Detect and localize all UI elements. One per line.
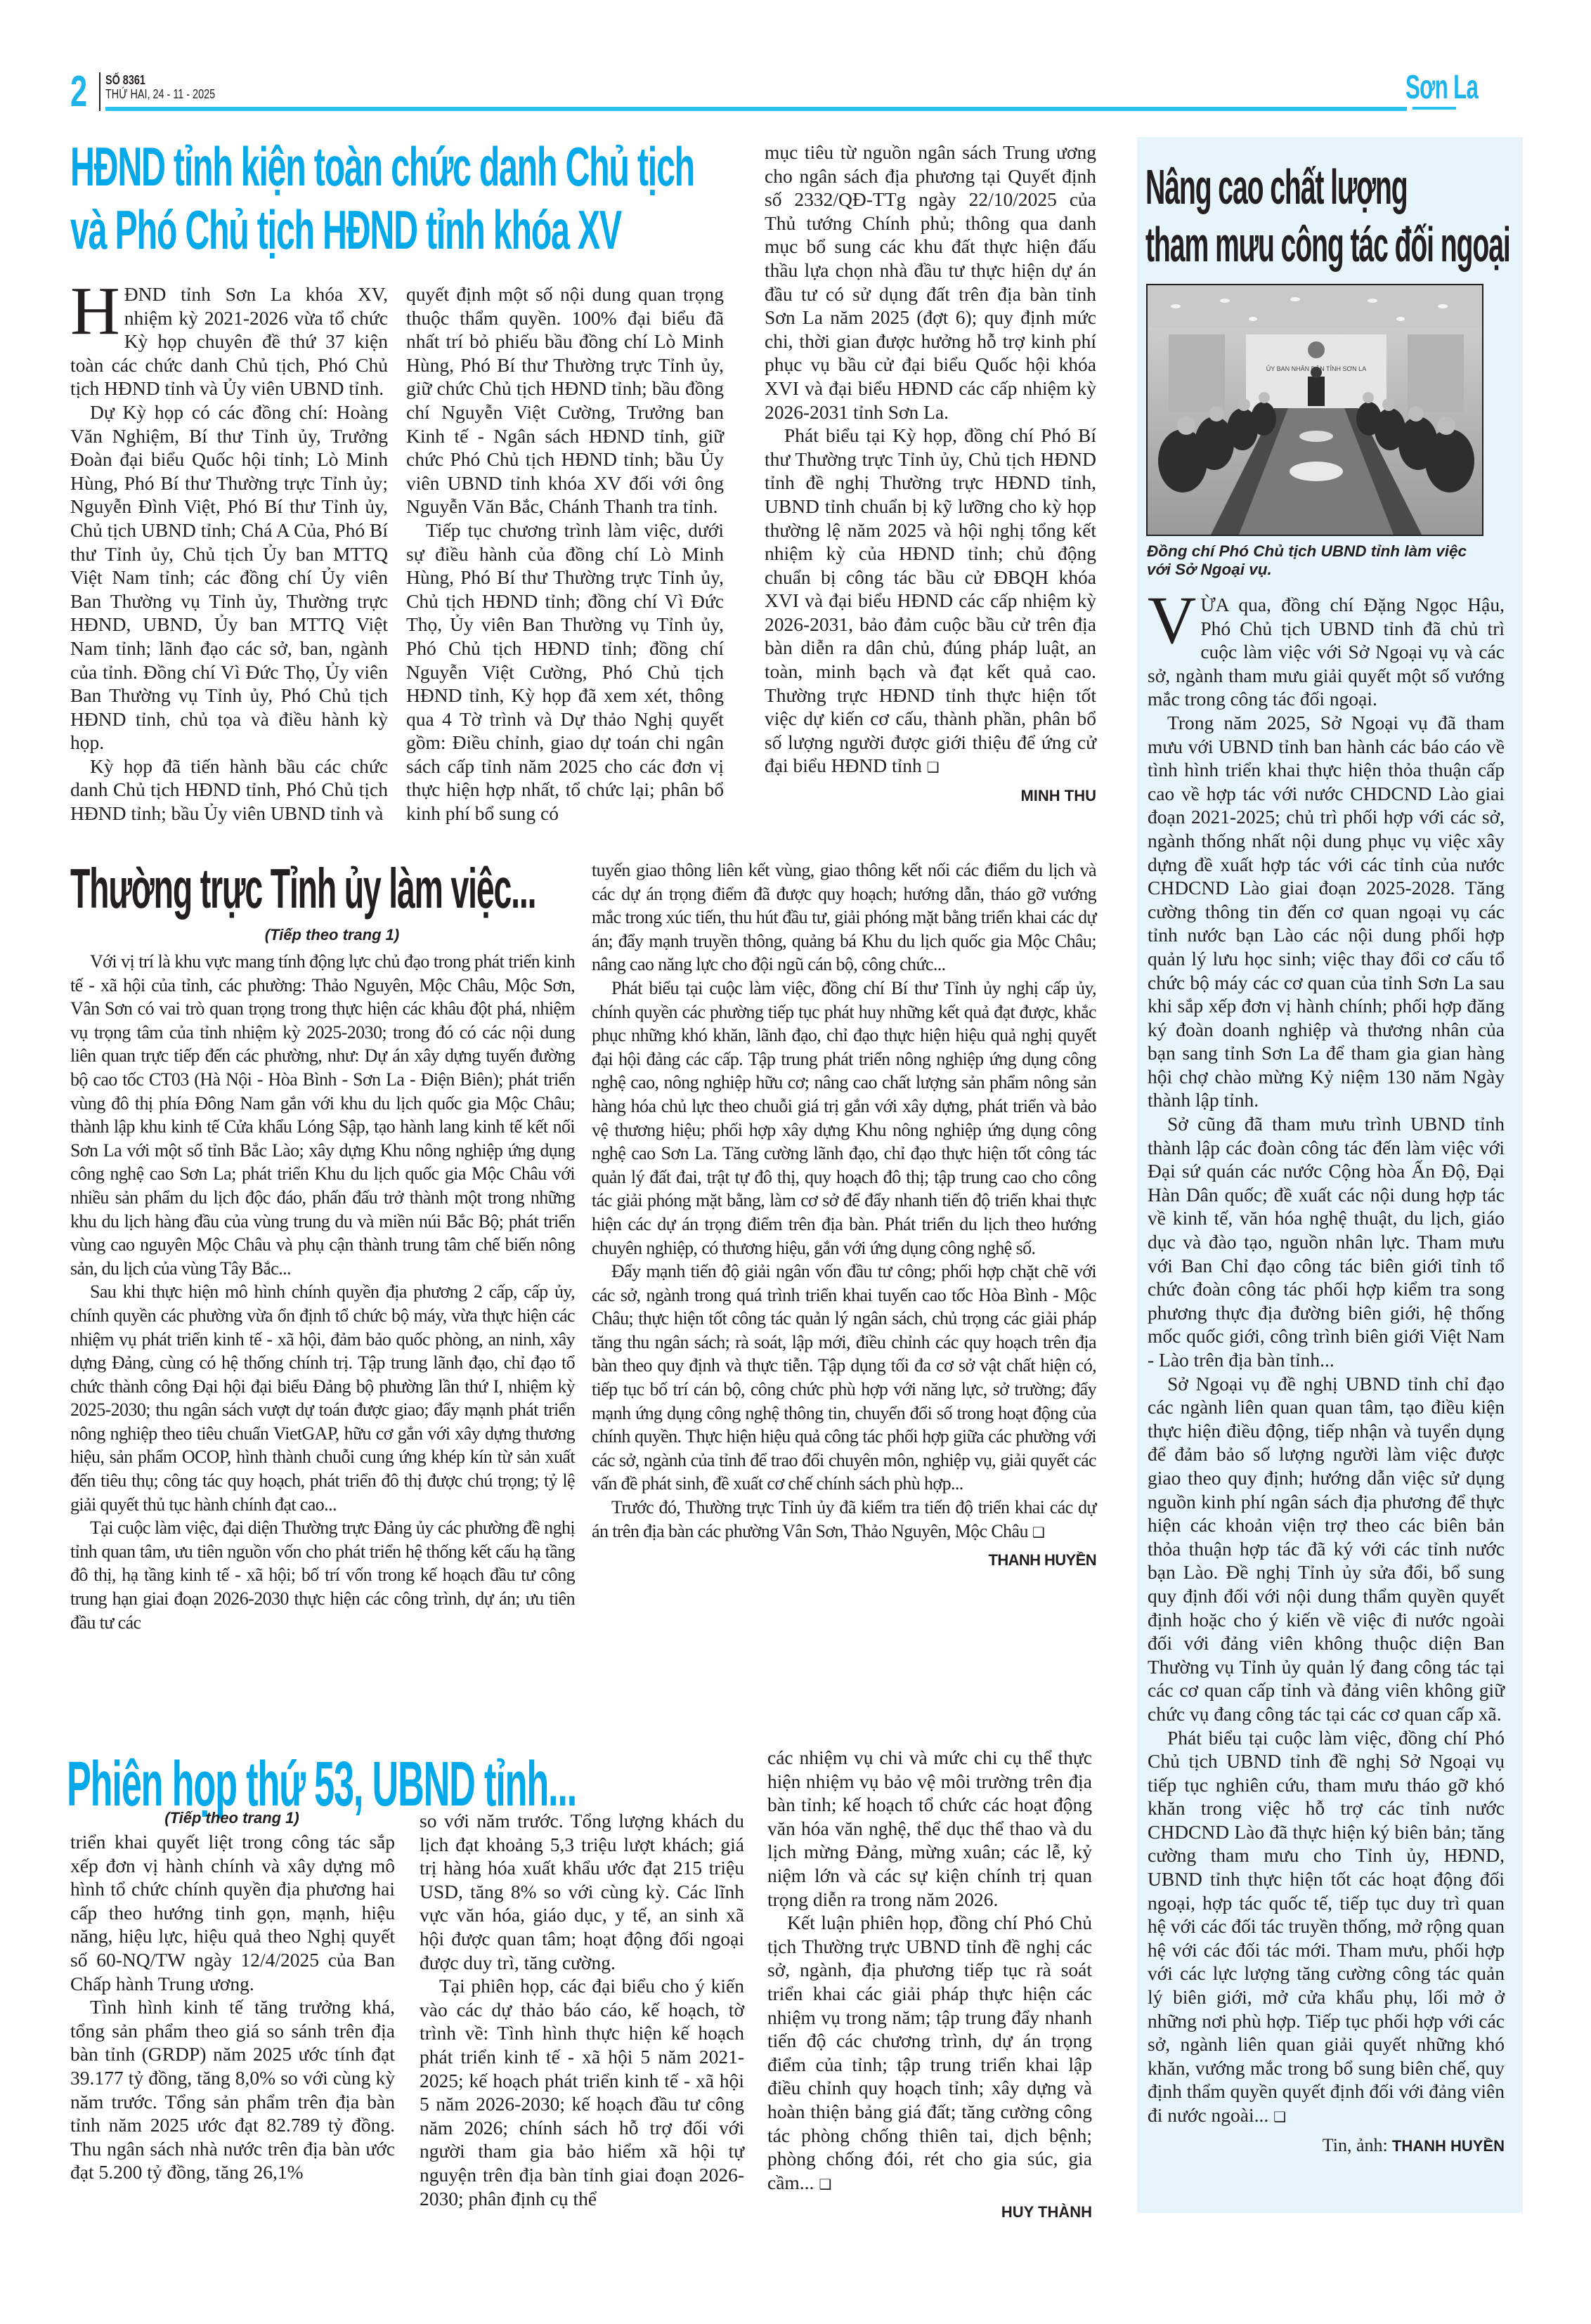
continued-label: (Tiếp theo trang 1) (70, 926, 594, 944)
article1-column-2: quyết định một số nội dung quan trọng th… (406, 282, 724, 825)
continued-label: (Tiếp theo trang 1) (70, 1809, 394, 1827)
paragraph: HĐND tỉnh Sơn La khóa XV, nhiệm kỳ 2021-… (70, 282, 388, 400)
photo-caption: Đồng chí Phó Chủ tịch UBND tỉnh làm việc… (1147, 542, 1481, 579)
headline-line: Nâng cao chất lượng (1145, 158, 1510, 216)
end-mark-icon: ❑ (1032, 1524, 1044, 1541)
paragraph: Dự Kỳ họp có các đồng chí: Hoàng Văn Ngh… (70, 400, 388, 755)
paragraph: Sau khi thực hiện mô hình chính quyền đị… (70, 1280, 575, 1516)
paragraph-text: Phát biểu tại cuộc làm việc, đồng chí Ph… (1148, 1727, 1505, 2127)
paragraph: Tại phiên họp, các đại biểu cho ý kiến v… (420, 1974, 744, 2210)
meeting-photo-image: ỦY BAN NHÂN DÂN TỈNH SƠN LA (1148, 285, 1482, 535)
end-mark-icon: ❑ (927, 759, 940, 776)
paragraph: các nhiệm vụ chi và mức chi cụ thể thực … (767, 1746, 1092, 1911)
article3-column-3: các nhiệm vụ chi và mức chi cụ thể thực … (767, 1746, 1092, 2224)
issue-date: THỨ HAI, 24 - 11 - 2025 (105, 87, 215, 101)
byline-prefix: Tin, ảnh: (1323, 2135, 1388, 2155)
article2-headline: Thường trực Tỉnh ủy làm việc... (70, 857, 535, 920)
section-rule (1413, 107, 1456, 110)
byline: Tin, ảnh: THANH HUYỀN (1148, 2134, 1505, 2158)
paragraph-text: Kết luận phiên họp, đồng chí Phó Chủ tịc… (767, 1912, 1092, 2193)
paragraph-text: Phát biểu tại Kỳ họp, đồng chí Phó Bí th… (765, 424, 1096, 776)
paragraph: Với vị trí là khu vực mang tính động lực… (70, 950, 575, 1280)
byline: HUY THÀNH (767, 2200, 1092, 2224)
issue-info: SỐ 8361 THỨ HAI, 24 - 11 - 2025 (105, 73, 215, 101)
issue-number: SỐ 8361 (105, 73, 215, 87)
article4-body: VỪA qua, đồng chí Đặng Ngọc Hậu, Phó Chủ… (1148, 593, 1505, 2157)
section-title: Sơn La (1405, 70, 1478, 105)
byline-author: THANH HUYỀN (1392, 2137, 1505, 2155)
article1-column-1: HĐND tỉnh Sơn La khóa XV, nhiệm kỳ 2021-… (70, 282, 388, 825)
byline: THANH HUYỀN (592, 1548, 1096, 1572)
article4-headline: Nâng cao chất lượng tham mưu công tác đố… (1145, 158, 1510, 273)
end-mark-icon: ❑ (1273, 2108, 1286, 2125)
paragraph: quyết định một số nội dung quan trọng th… (406, 282, 724, 518)
article2-column-2: tuyến giao thông liên kết vùng, giao thô… (592, 859, 1096, 1572)
paragraph: Tại cuộc làm việc, đại diện Thường trực … (70, 1516, 575, 1634)
headline-line: và Phó Chủ tịch HĐND tỉnh khóa XV (70, 198, 694, 261)
article1-headline: HĐND tỉnh kiện toàn chức danh Chủ tịch v… (70, 135, 694, 261)
paragraph: Phát biểu tại cuộc làm việc, đồng chí Bí… (592, 977, 1096, 1260)
article3-column-1: triển khai quyết liệt trong công tác sắp… (70, 1830, 395, 2184)
paragraph: Phát biểu tại Kỳ họp, đồng chí Phó Bí th… (765, 424, 1096, 780)
drop-cap: H (70, 285, 124, 337)
paragraph: so với năm trước. Tổng lượng khách du lị… (420, 1809, 744, 1974)
paragraph: Kỳ họp đã tiến hành bầu các chức danh Ch… (70, 755, 388, 825)
headline-line: HĐND tỉnh kiện toàn chức danh Chủ tịch (70, 135, 694, 198)
article1-column-3: mục tiêu từ nguồn ngân sách Trung ương c… (765, 141, 1096, 808)
paragraph: Phát biểu tại cuộc làm việc, đồng chí Ph… (1148, 1726, 1505, 2129)
paragraph: Trong năm 2025, Sở Ngoại vụ đã tham mưu … (1148, 711, 1505, 1112)
paragraph: Tình hình kinh tế tăng trưởng khá, tổng … (70, 1995, 395, 2184)
article3-column-2: so với năm trước. Tổng lượng khách du lị… (420, 1809, 744, 2210)
paragraph: triển khai quyết liệt trong công tác sắp… (70, 1830, 395, 1995)
paragraph: tuyến giao thông liên kết vùng, giao thô… (592, 859, 1096, 977)
page-number: 2 (70, 70, 87, 114)
byline: MINH THU (765, 784, 1096, 808)
header-rule (105, 107, 1407, 111)
paragraph: Sở cũng đã tham mưu trình UBND tỉnh thàn… (1148, 1112, 1505, 1372)
paragraph-text: Trước đó, Thường trực Tỉnh ủy đã kiểm tr… (592, 1497, 1096, 1541)
paragraph-text: ỪA qua, đồng chí Đặng Ngọc Hậu, Phó Chủ … (1148, 594, 1505, 710)
headline-line: tham mưu công tác đối ngoại (1145, 216, 1510, 273)
paragraph: Tiếp tục chương trình làm việc, dưới sự … (406, 518, 724, 825)
end-mark-icon: ❑ (819, 2176, 831, 2193)
header-divider (99, 72, 100, 111)
article2-column-1: Với vị trí là khu vực mang tính động lực… (70, 950, 575, 1634)
paragraph: VỪA qua, đồng chí Đặng Ngọc Hậu, Phó Chủ… (1148, 593, 1505, 711)
paragraph: Kết luận phiên họp, đồng chí Phó Chủ tịc… (767, 1911, 1092, 2196)
paragraph: mục tiêu từ nguồn ngân sách Trung ương c… (765, 141, 1096, 424)
paragraph: Trước đó, Thường trực Tỉnh ủy đã kiểm tr… (592, 1496, 1096, 1544)
paragraph: Sở Ngoại vụ đề nghị UBND tỉnh chỉ đạo cá… (1148, 1372, 1505, 1726)
drop-cap: V (1148, 596, 1200, 645)
article-photo: ỦY BAN NHÂN DÂN TỈNH SƠN LA (1146, 284, 1483, 536)
paragraph: Đẩy mạnh tiến độ giải ngân vốn đầu tư cô… (592, 1260, 1096, 1496)
